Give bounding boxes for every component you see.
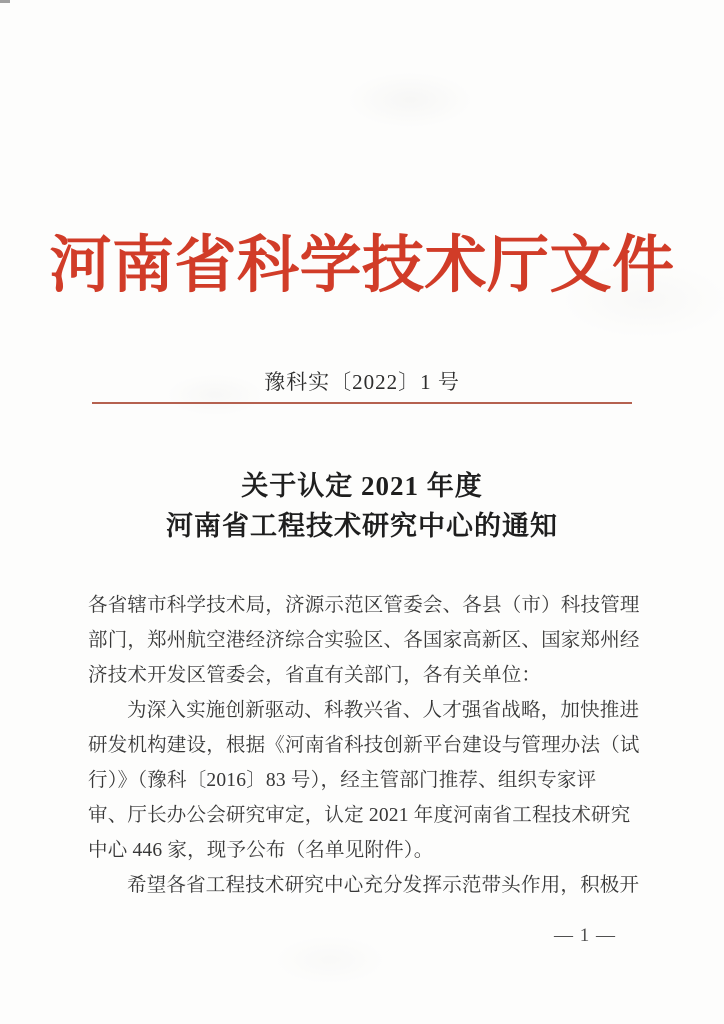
- body-line: 济技术开发区管委会，省直有关部门，各有关单位：: [88, 658, 640, 693]
- body-line: 行）》（豫科〔2016〕83 号），经主管部门推荐、组织专家评: [88, 763, 640, 798]
- scan-edge-artifact: [0, 0, 10, 3]
- document-number: 豫科实〔2022〕1 号: [0, 368, 724, 396]
- body-text: 各省辖市科学技术局，济源示范区管委会、各县（市）科技管理部门，郑州航空港经济综合…: [88, 588, 640, 903]
- body-line: 审、厅长办公会研究审定，认定 2021 年度河南省工程技术研究: [88, 798, 640, 833]
- body-line: 各省辖市科学技术局，济源示范区管委会、各县（市）科技管理: [88, 588, 640, 623]
- body-line: 为深入实施创新驱动、科教兴省、人才强省战略，加快推进: [88, 693, 640, 728]
- red-divider-line: [92, 402, 632, 404]
- agency-banner-title: 河南省科学技术厅文件: [0, 224, 724, 308]
- page-number: — 1 —: [540, 924, 630, 948]
- notice-title-line2: 河南省工程技术研究中心的通知: [0, 506, 724, 546]
- body-line: 希望各省工程技术研究中心充分发挥示范带头作用，积极开: [88, 868, 640, 903]
- body-line: 部门，郑州航空港经济综合实验区、各国家高新区、国家郑州经: [88, 623, 640, 658]
- body-line: 研发机构建设，根据《河南省科技创新平台建设与管理办法（试: [88, 728, 640, 763]
- document-page: 河南省科学技术厅文件 豫科实〔2022〕1 号 关于认定 2021 年度 河南省…: [0, 0, 724, 1024]
- notice-title-line1: 关于认定 2021 年度: [0, 466, 724, 506]
- body-line: 中心 446 家，现予公布（名单见附件）。: [88, 833, 640, 868]
- notice-title: 关于认定 2021 年度 河南省工程技术研究中心的通知: [0, 466, 724, 546]
